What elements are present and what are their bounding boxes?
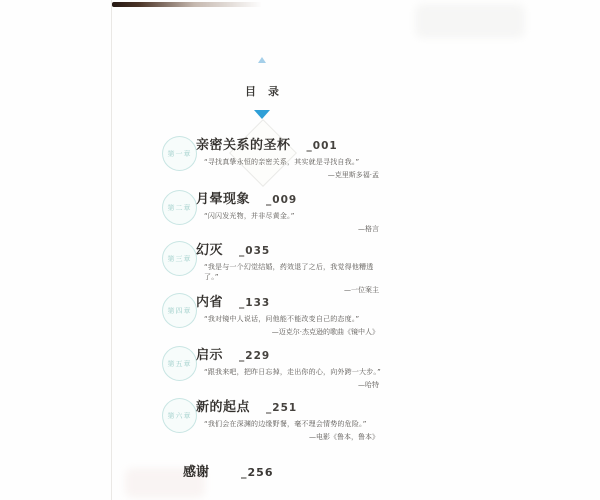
acknowledgements-page-number: _256 bbox=[241, 466, 273, 479]
quote-attribution: —迈克尔·杰克逊的歌曲《镜中人》 bbox=[196, 327, 381, 337]
chapter-seal-icon: 第六章 bbox=[162, 398, 197, 433]
photo-smudge bbox=[415, 4, 525, 38]
chapter-page-number: _251 bbox=[266, 402, 297, 414]
book-page-photo: 目录 第一章 亲密关系的圣杯_001 “寻找真挚永恒的亲密关系，其实就是寻找自我… bbox=[0, 0, 600, 500]
toc-entry-chapter-4: 第四章 内省_133 “我对镜中人说话，问他能不能改变自己的态度。” —迈克尔·… bbox=[160, 291, 381, 337]
quote-attribution: —克里斯多福·孟 bbox=[196, 170, 381, 180]
toc-entry-chapter-3: 第三章 幻灭_035 “我是与一个幻觉结婚，药效退了之后，我觉得他糟透了。” —… bbox=[160, 239, 381, 295]
chapter-title: 亲密关系的圣杯 bbox=[196, 138, 291, 153]
chapter-page-number: _001 bbox=[307, 140, 338, 152]
quote-attribution: —格言 bbox=[196, 224, 381, 234]
chapter-page-number: _133 bbox=[239, 297, 270, 309]
toc-entry-acknowledgements: 感谢_256 bbox=[183, 461, 273, 480]
chapter-page-number: _009 bbox=[266, 194, 297, 206]
chapter-title: 新的起点 bbox=[196, 400, 250, 415]
toc-entry-chapter-6: 第六章 新的起点_251 “我们会在深渊的边缘野餐，毫不理会情势的危险。” —电… bbox=[160, 396, 381, 442]
acknowledgements-title: 感谢 bbox=[183, 465, 209, 480]
chapter-page-number: _229 bbox=[239, 350, 270, 362]
book-top-edge-shadow bbox=[112, 2, 262, 7]
chapter-seal-icon: 第二章 bbox=[162, 190, 197, 225]
toc-title: 目录 bbox=[202, 83, 322, 99]
toc-header: 目录 bbox=[202, 57, 322, 119]
chapter-title: 幻灭 bbox=[196, 243, 223, 258]
chapter-quote: “我对镜中人说话，问他能不能改变自己的态度。” bbox=[196, 314, 381, 324]
page-fold-line bbox=[111, 0, 112, 500]
toc-entry-chapter-1: 第一章 亲密关系的圣杯_001 “寻找真挚永恒的亲密关系，其实就是寻找自我。” … bbox=[160, 134, 381, 180]
chapter-quote: “闪闪发光物，并非尽黄金。” bbox=[196, 211, 381, 221]
chapter-quote: “我们会在深渊的边缘野餐，毫不理会情势的危险。” bbox=[196, 419, 381, 429]
chapter-page-number: _035 bbox=[239, 245, 270, 257]
chapter-quote: “寻找真挚永恒的亲密关系，其实就是寻找自我。” bbox=[196, 157, 381, 167]
chapter-quote: “跟我来吧，把昨日忘掉，走出你的心，向外跨一大步。” bbox=[196, 367, 381, 377]
toc-entry-chapter-5: 第五章 启示_229 “跟我来吧，把昨日忘掉，走出你的心，向外跨一大步。” —哈… bbox=[160, 344, 381, 390]
triangle-down-icon bbox=[254, 110, 270, 119]
chapter-quote: “我是与一个幻觉结婚，药效退了之后，我觉得他糟透了。” bbox=[196, 262, 381, 282]
chapter-title: 启示 bbox=[196, 348, 223, 363]
chapter-seal-icon: 第三章 bbox=[162, 241, 197, 276]
chapter-title: 内省 bbox=[196, 295, 223, 310]
toc-entry-chapter-2: 第二章 月晕现象_009 “闪闪发光物，并非尽黄金。” —格言 bbox=[160, 188, 381, 234]
chapter-title: 月晕现象 bbox=[196, 192, 250, 207]
triangle-up-icon bbox=[258, 57, 266, 63]
chapter-seal-icon: 第一章 bbox=[162, 136, 197, 171]
chapter-seal-icon: 第四章 bbox=[162, 293, 197, 328]
quote-attribution: —电影《鲁本，鲁本》 bbox=[196, 432, 381, 442]
quote-attribution: —哈特 bbox=[196, 380, 381, 390]
chapter-seal-icon: 第五章 bbox=[162, 346, 197, 381]
